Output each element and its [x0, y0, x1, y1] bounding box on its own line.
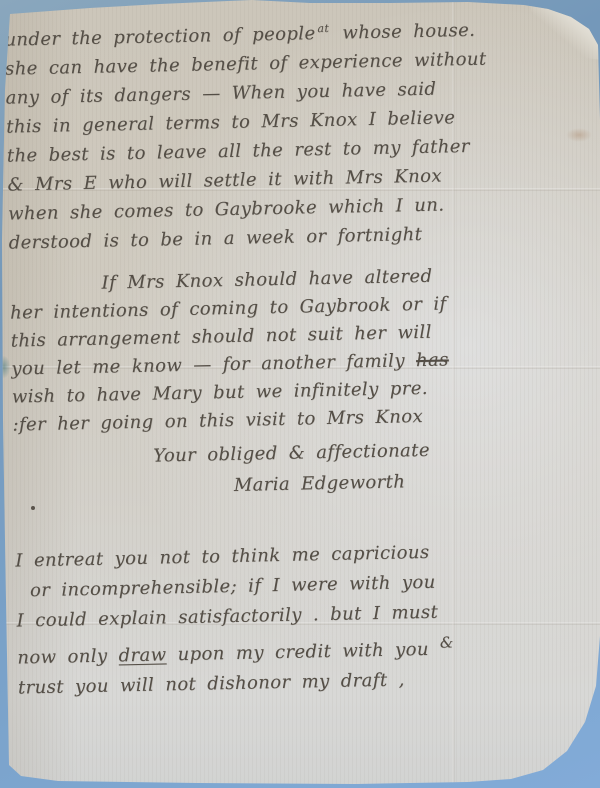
inserted-word: at — [317, 22, 329, 35]
photo-background: { "colors": { "background_blue": "#7aa2c… — [0, 0, 600, 788]
struck-word: has — [416, 349, 449, 371]
underlined-word: draw — [118, 644, 166, 666]
line-text: under the protection of people — [4, 23, 315, 51]
letter-paragraph-1: under the protection of peopleat whose h… — [4, 11, 490, 258]
letter-closing: Your obliged & affectionate — [153, 440, 430, 467]
line-text: you let me know — for another family — [11, 350, 416, 379]
letter-paragraph-2: If Mrs Knox should have altered her inte… — [9, 262, 450, 439]
letter-signature: Maria Edgeworth — [234, 471, 406, 496]
line-text: now only — [17, 645, 119, 668]
line-text: whose house. — [331, 20, 475, 44]
letter-postscript: I entreat you not to think me capricious… — [15, 537, 455, 703]
letter-text: under the protection of peopleat whose h… — [0, 0, 600, 788]
letter-paper: under the protection of peopleat whose h… — [0, 0, 600, 788]
line-text: upon my credit with you — [166, 639, 440, 666]
raised-ampersand: & — [440, 633, 454, 651]
